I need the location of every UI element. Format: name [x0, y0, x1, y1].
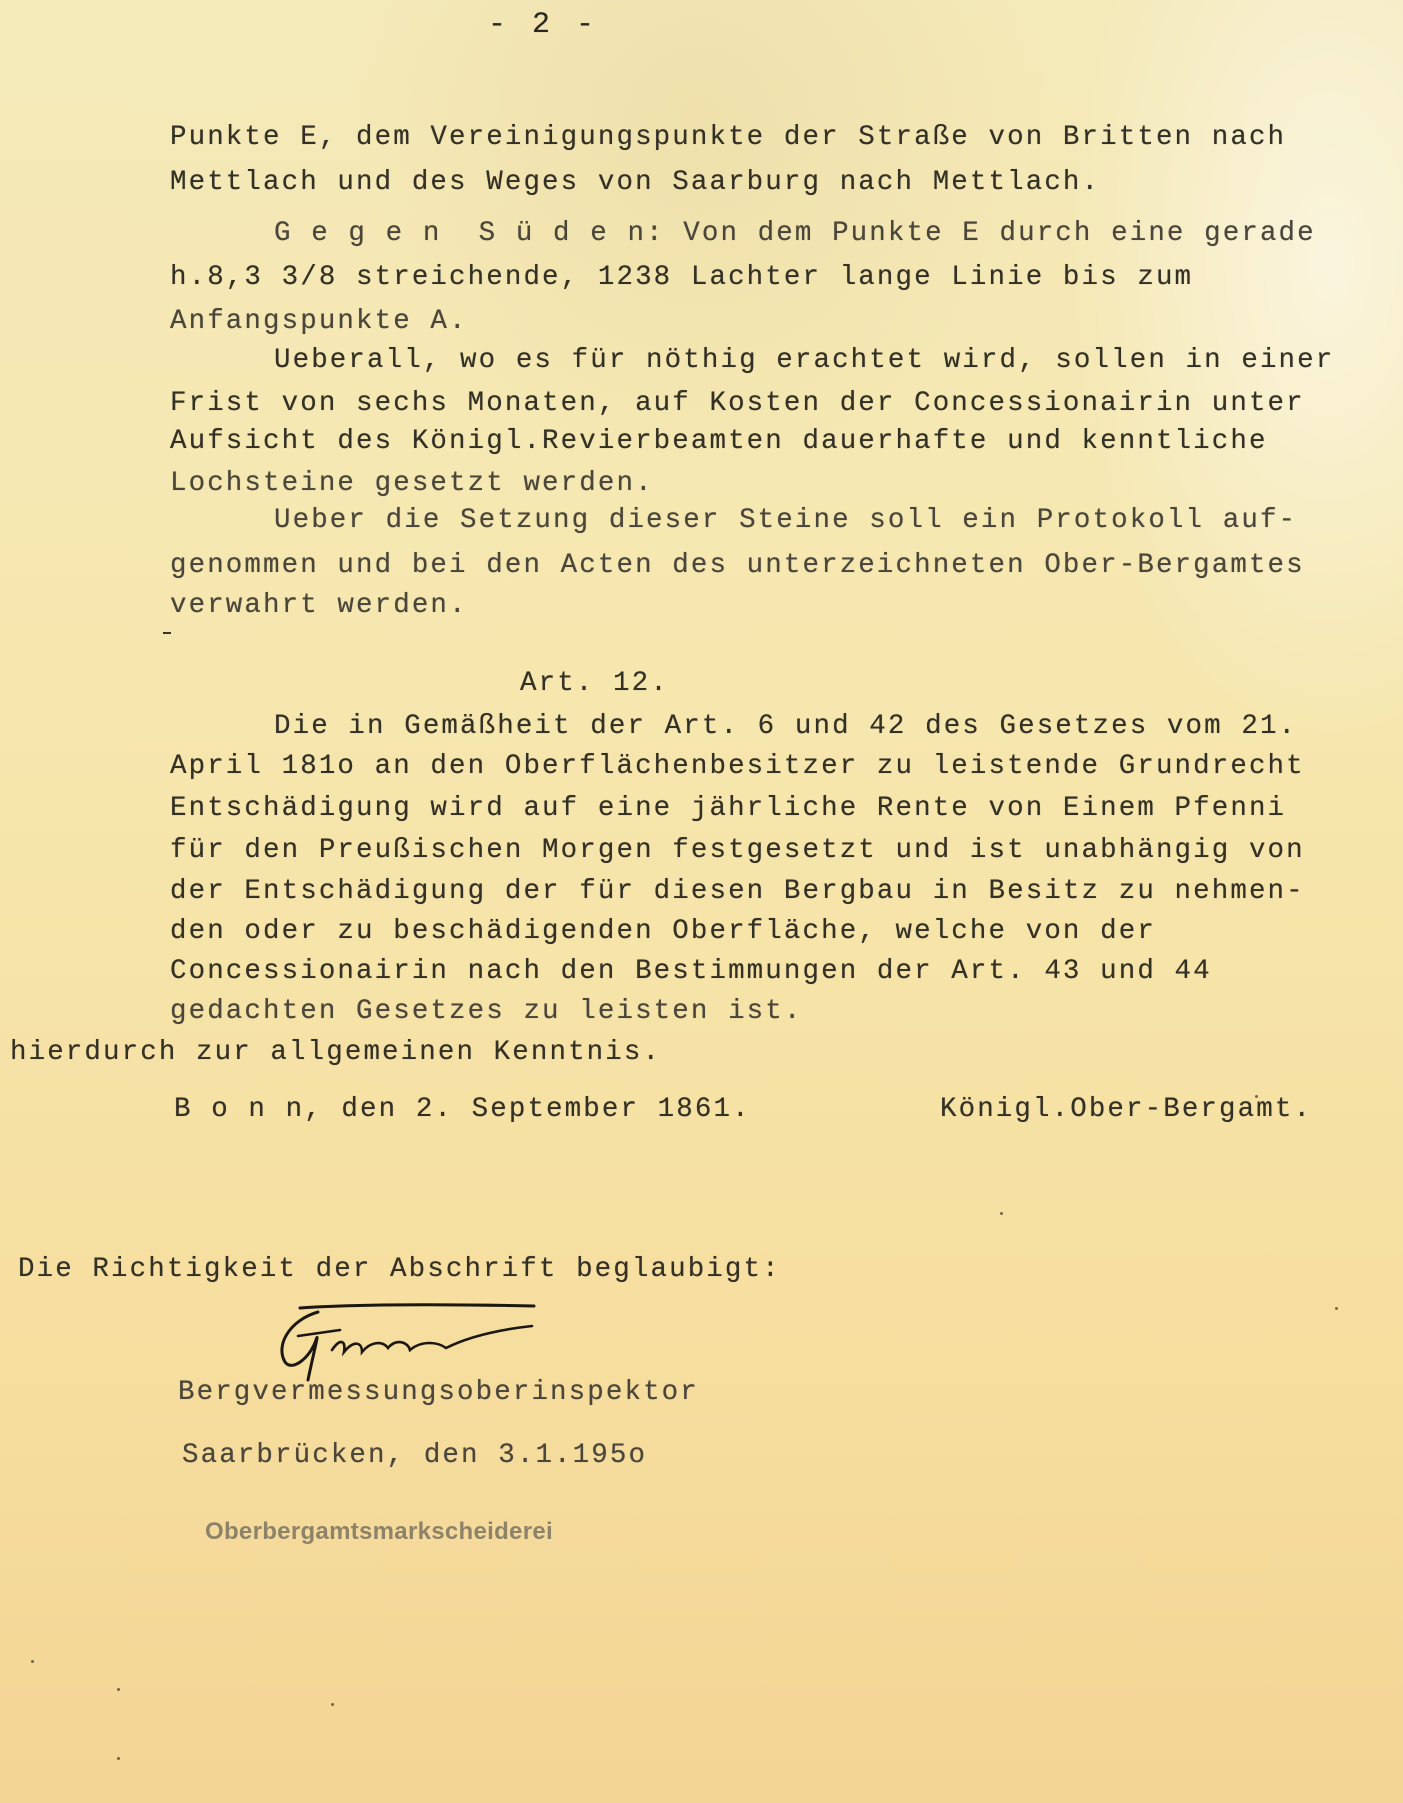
document-page: - 2 - Punkte E, dem Vereinigungspunkte d…	[0, 0, 1403, 1803]
closing-authority: Königl.Ober-Bergamt.	[940, 1094, 1312, 1125]
text-line: Die in Gemäßheit der Art. 6 und 42 des G…	[274, 711, 1297, 742]
text-line: Aufsicht des Königl.Revierbeamten dauerh…	[170, 426, 1268, 457]
text-line: Lochsteine gesetzt werden.	[170, 468, 654, 499]
text-line: für den Preußischen Morgen festgesetzt u…	[170, 835, 1305, 866]
text-line: Ueber die Setzung dieser Steine soll ein…	[274, 505, 1297, 536]
text-line: Entschädigung wird auf eine jährliche Re…	[170, 793, 1286, 824]
text-line: gedachten Gesetzes zu leisten ist.	[170, 996, 803, 1027]
text-line: genommen und bei den Acten des unterzeic…	[170, 550, 1305, 581]
text-line: hierdurch zur allgemeinen Kenntnis.	[10, 1037, 661, 1068]
certification-place-date: Saarbrücken, den 3.1.195o	[182, 1440, 647, 1471]
text-line: April 181o an den Oberflächenbesitzer zu…	[170, 751, 1305, 782]
article-heading: Art. 12.	[520, 668, 669, 699]
text-line: der Entschädigung der für diesen Bergbau…	[170, 876, 1305, 907]
text-line: Mettlach und des Weges von Saarburg nach…	[170, 167, 1100, 198]
page-number: - 2 -	[488, 8, 598, 42]
text-line: Frist von sechs Monaten, auf Kosten der …	[170, 388, 1305, 419]
text-line: Anfangspunkte A.	[170, 306, 468, 337]
text-line: G e g e n S ü d e n: Von dem Punkte E du…	[274, 218, 1316, 249]
certification-statement: Die Richtigkeit der Abschrift beglaubigt…	[18, 1254, 781, 1285]
text-line: Concessionairin nach den Bestimmungen de…	[170, 956, 1212, 987]
text-line: Ueberall, wo es für nöthig erachtet wird…	[274, 345, 1334, 376]
certifier-title: Bergvermessungsoberinspektor	[178, 1377, 699, 1408]
office-stamp: Oberbergamtsmarkscheiderei	[205, 1518, 553, 1546]
text-line: Punkte E, dem Vereinigungspunkte der Str…	[170, 122, 1286, 153]
text-line: h.8,3 3/8 streichende, 1238 Lachter lang…	[170, 262, 1193, 293]
closing-place-date: B o n n, den 2. September 1861.	[174, 1094, 751, 1125]
text-line: den oder zu beschädigenden Oberfläche, w…	[170, 916, 1156, 947]
text-line: verwahrt werden.	[170, 590, 468, 621]
